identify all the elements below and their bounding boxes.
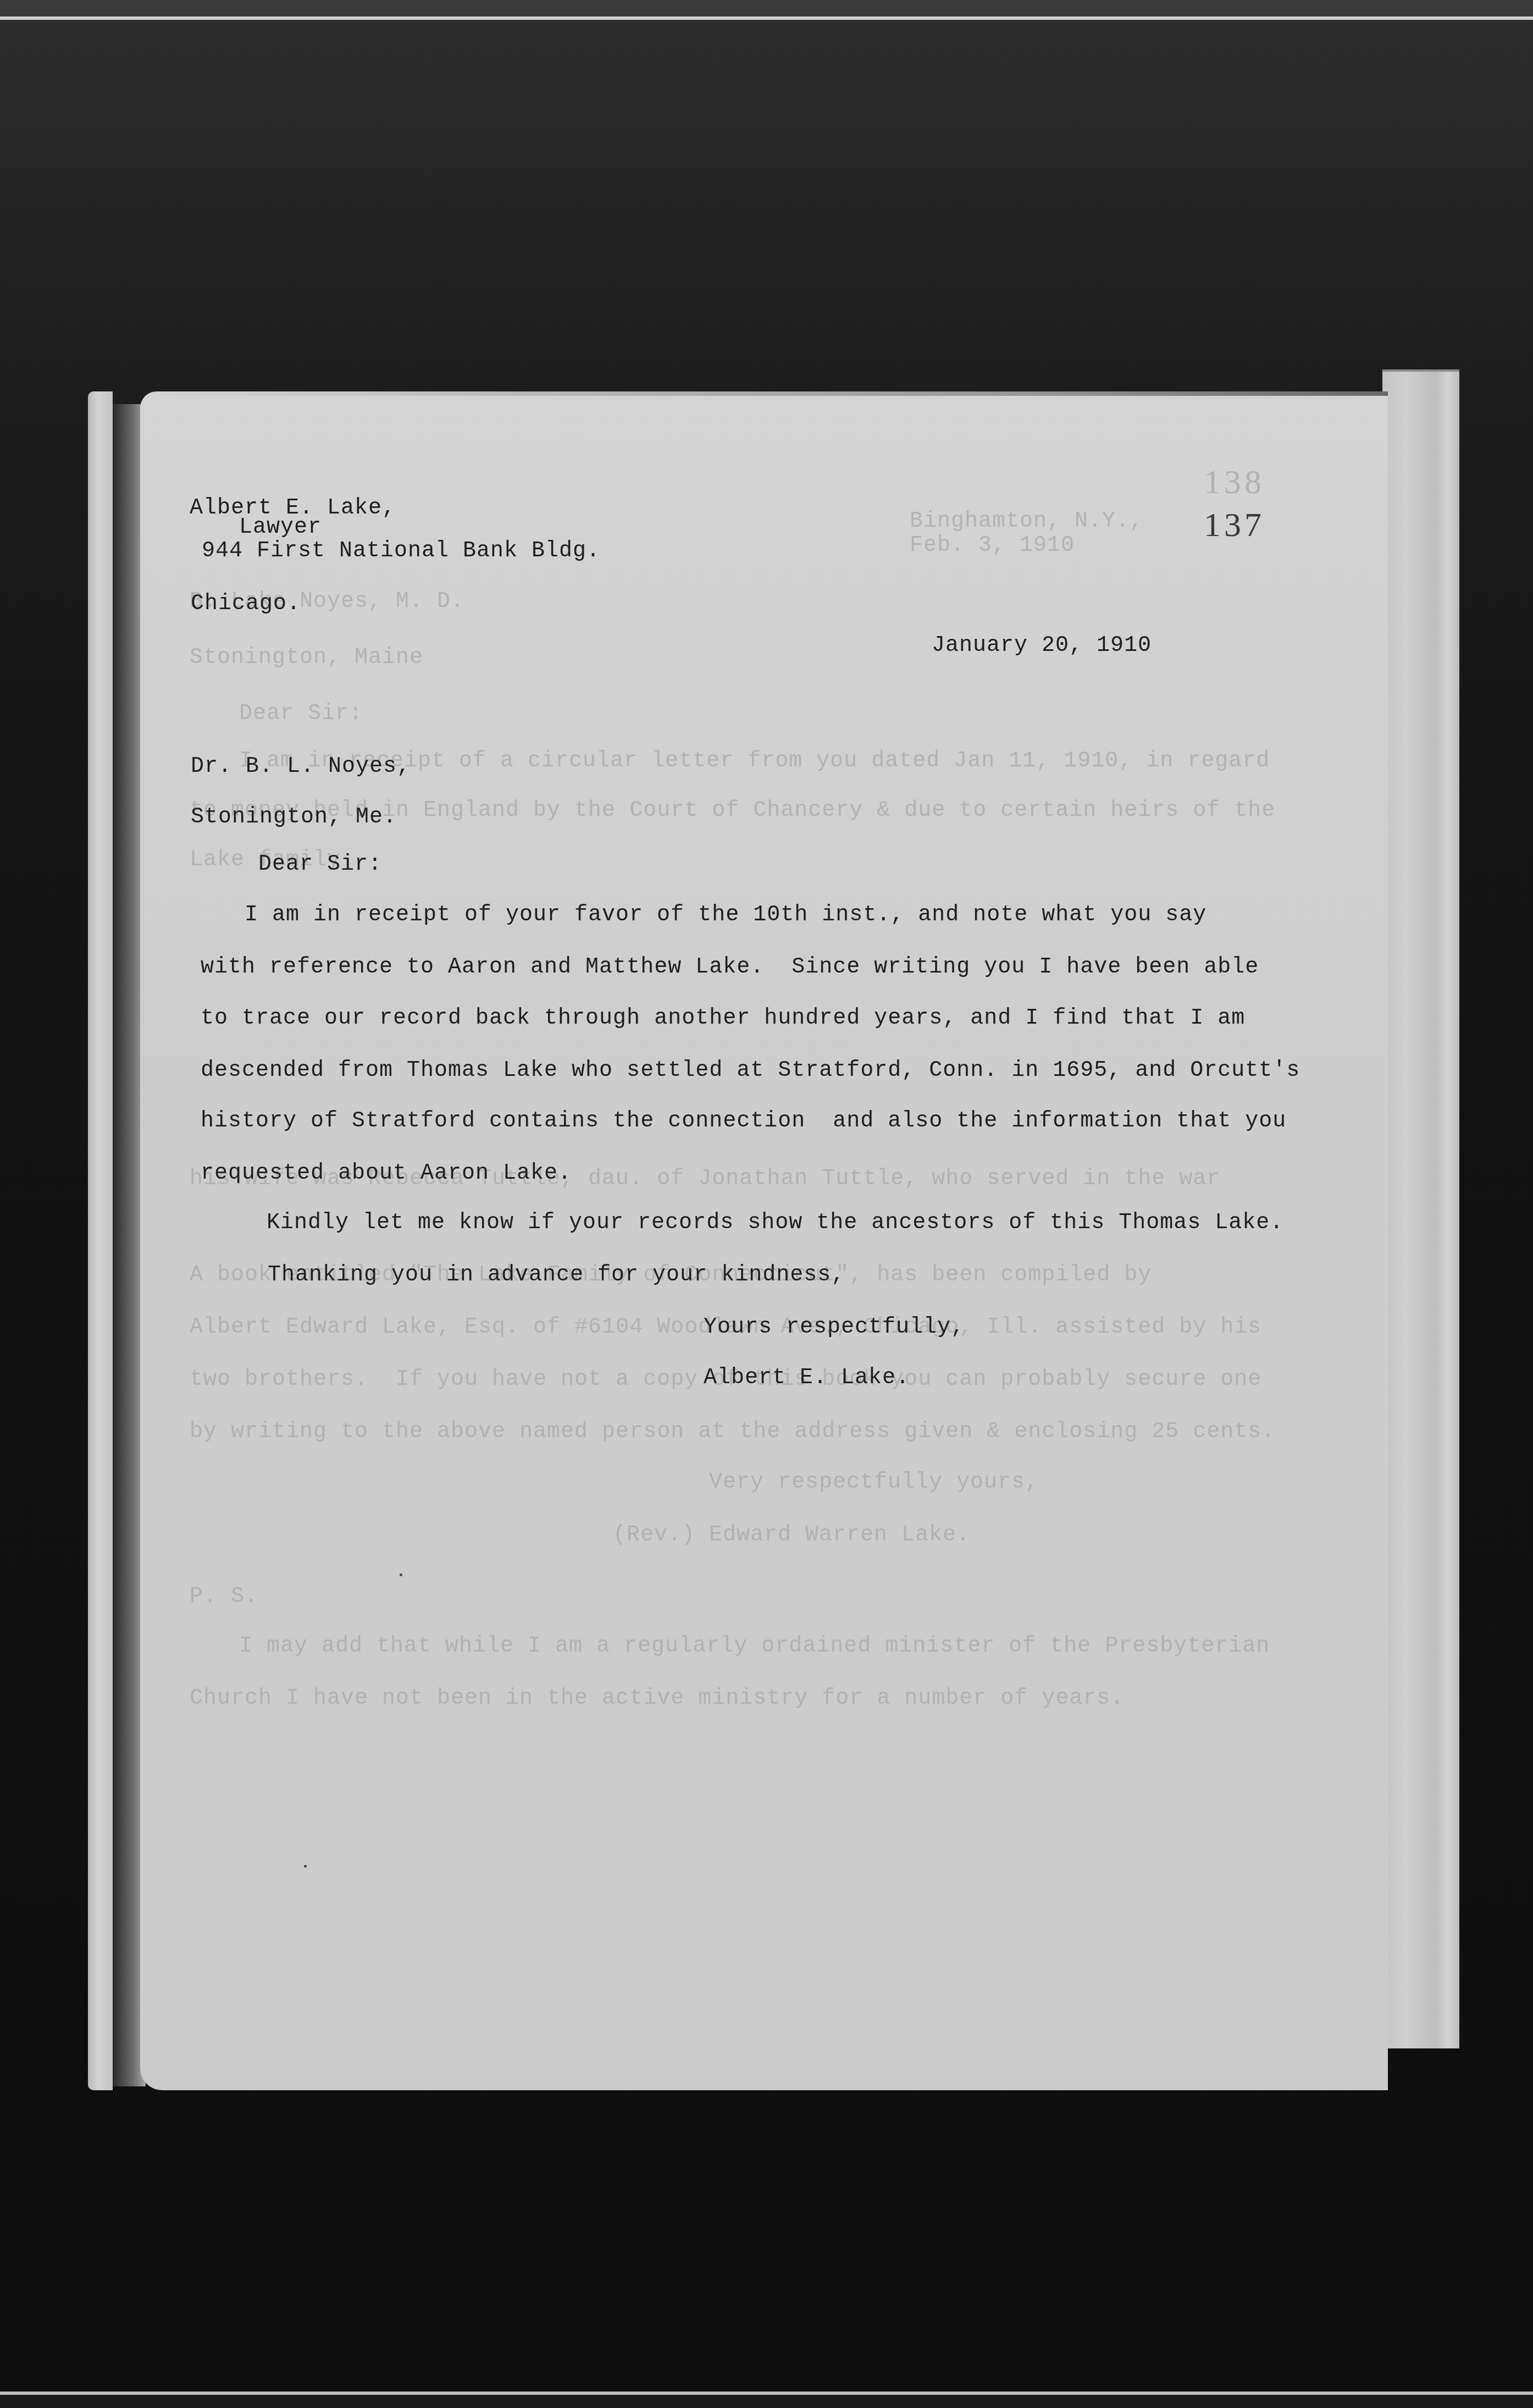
page-number-stamp: 137	[1204, 506, 1265, 545]
letter-page: 138 Binghamton, N.Y., Feb. 3, 1910 B. La…	[140, 391, 1388, 2090]
dust-speck	[304, 1865, 307, 1868]
recipient-name: Dr. B. L. Noyes,	[191, 754, 411, 780]
film-top-border	[0, 0, 1533, 16]
bleed-salutation: Dear Sir:	[239, 702, 363, 727]
body-line: I am in receipt of your favor of the 10t…	[245, 903, 1207, 928]
page-stack-edge	[1382, 369, 1459, 2048]
letter-date: January 20, 1910	[932, 633, 1152, 659]
signature: Albert E. Lake.	[704, 1366, 910, 1391]
page-top-edge	[140, 391, 1388, 396]
dust-speck	[400, 1573, 402, 1576]
body-line: descended from Thomas Lake who settled a…	[201, 1058, 1300, 1084]
binding-strip	[88, 391, 113, 2090]
body-line: requested about Aaron Lake.	[201, 1161, 572, 1186]
body-line: to trace our record back through another…	[201, 1006, 1245, 1031]
bleed-signature: (Rev.) Edward Warren Lake.	[613, 1523, 970, 1548]
sender-city: Chicago.	[191, 592, 301, 617]
sender-title: Lawyer	[239, 515, 322, 540]
bleed-closing: Very respectfully yours,	[709, 1470, 1039, 1495]
body-paragraph-2: Kindly let me know if your records show …	[267, 1211, 1283, 1236]
sender-address: 944 First National Bank Bldg.	[202, 539, 600, 564]
recipient-location: Stonington, Me.	[191, 805, 397, 830]
body-line: with reference to Aaron and Matthew Lake…	[201, 955, 1259, 980]
bleed-page-number: 138	[1204, 463, 1265, 502]
bleed-addressee-place: Stonington, Maine	[190, 645, 423, 671]
bleed-ps-line-1: I may add that while I am a regularly or…	[239, 1634, 1270, 1659]
film-bottom-edge-line	[0, 2392, 1533, 2395]
closing: Yours respectfully,	[704, 1315, 965, 1340]
body-paragraph-3: Thanking you in advance for your kindnes…	[268, 1263, 845, 1288]
salutation: Dear Sir:	[258, 852, 382, 877]
bleed-ps-label: P. S.	[190, 1584, 258, 1610]
bleed-header-date: Feb. 3, 1910	[910, 533, 1075, 559]
body-line: history of Stratford contains the connec…	[201, 1109, 1286, 1134]
bleed-header-place: Binghamton, N.Y.,	[910, 509, 1143, 534]
bleed-line-7: by writing to the above named person at …	[190, 1420, 1275, 1445]
bleed-ps-line-2: Church I have not been in the active min…	[190, 1686, 1124, 1711]
